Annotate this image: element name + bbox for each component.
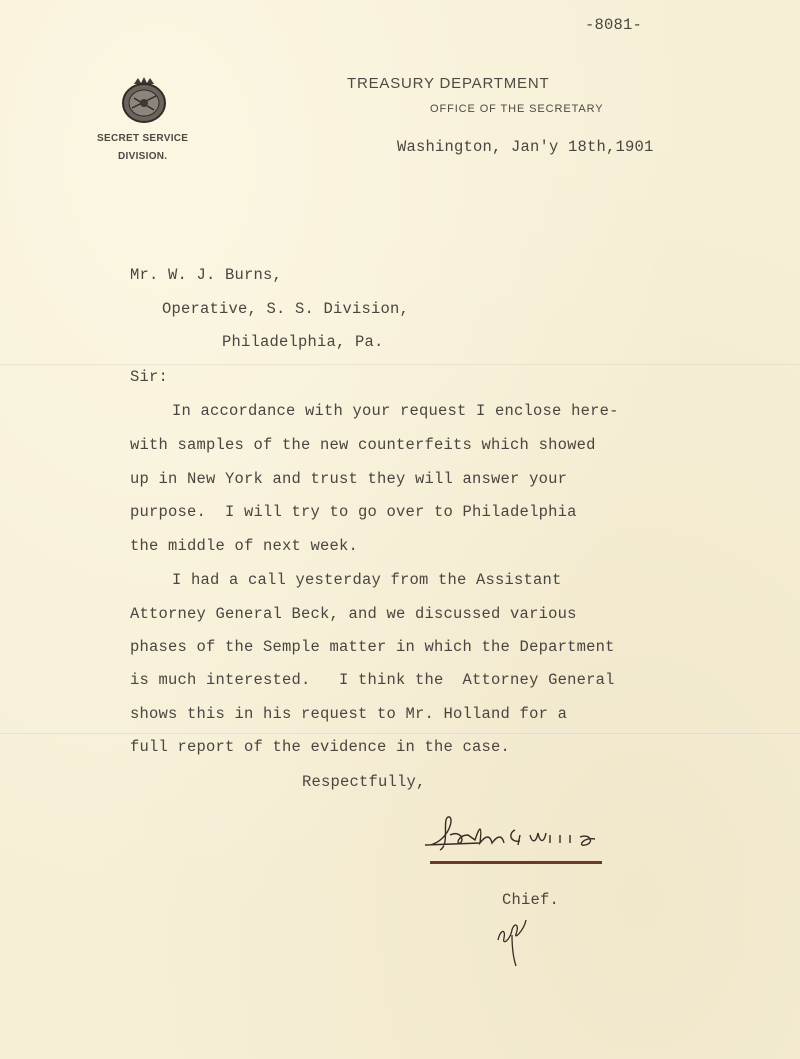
paper-fold-line bbox=[0, 733, 800, 735]
recipient-name: Mr. W. J. Burns, bbox=[130, 266, 282, 284]
body-line: In accordance with your request I enclos… bbox=[172, 402, 619, 420]
signer-title: Chief. bbox=[502, 891, 559, 909]
paper-fold-line bbox=[0, 364, 800, 366]
initials-mark-icon bbox=[490, 910, 540, 968]
department-heading: TREASURY DEPARTMENT bbox=[347, 75, 549, 92]
document-number: -8081- bbox=[585, 16, 642, 34]
dateline: Washington, Jan'y 18th,1901 bbox=[397, 138, 654, 156]
letter-page: -8081- SECRET SERVICE DIVISION. TREASURY… bbox=[0, 0, 800, 1059]
body-line: with samples of the new counterfeits whi… bbox=[130, 436, 596, 454]
office-heading: OFFICE OF THE SECRETARY bbox=[430, 103, 604, 115]
secret-service-seal-icon bbox=[118, 74, 170, 126]
recipient-location: Philadelphia, Pa. bbox=[222, 333, 384, 351]
handwritten-signature-icon bbox=[420, 805, 620, 870]
body-line: full report of the evidence in the case. bbox=[130, 738, 510, 756]
closing: Respectfully, bbox=[302, 773, 426, 791]
body-line: up in New York and trust they will answe… bbox=[130, 470, 567, 488]
salutation: Sir: bbox=[130, 368, 168, 386]
division-label: SECRET SERVICE bbox=[97, 133, 188, 144]
body-line: purpose. I will try to go over to Philad… bbox=[130, 503, 577, 521]
body-line: the middle of next week. bbox=[130, 537, 358, 555]
body-line: shows this in his request to Mr. Holland… bbox=[130, 705, 567, 723]
recipient-title: Operative, S. S. Division, bbox=[162, 300, 409, 318]
division-label-2: DIVISION. bbox=[118, 151, 167, 162]
body-line: phases of the Semple matter in which the… bbox=[130, 638, 615, 656]
body-line: Attorney General Beck, and we discussed … bbox=[130, 605, 577, 623]
body-line: I had a call yesterday from the Assistan… bbox=[172, 571, 562, 589]
body-line: is much interested. I think the Attorney… bbox=[130, 671, 615, 689]
